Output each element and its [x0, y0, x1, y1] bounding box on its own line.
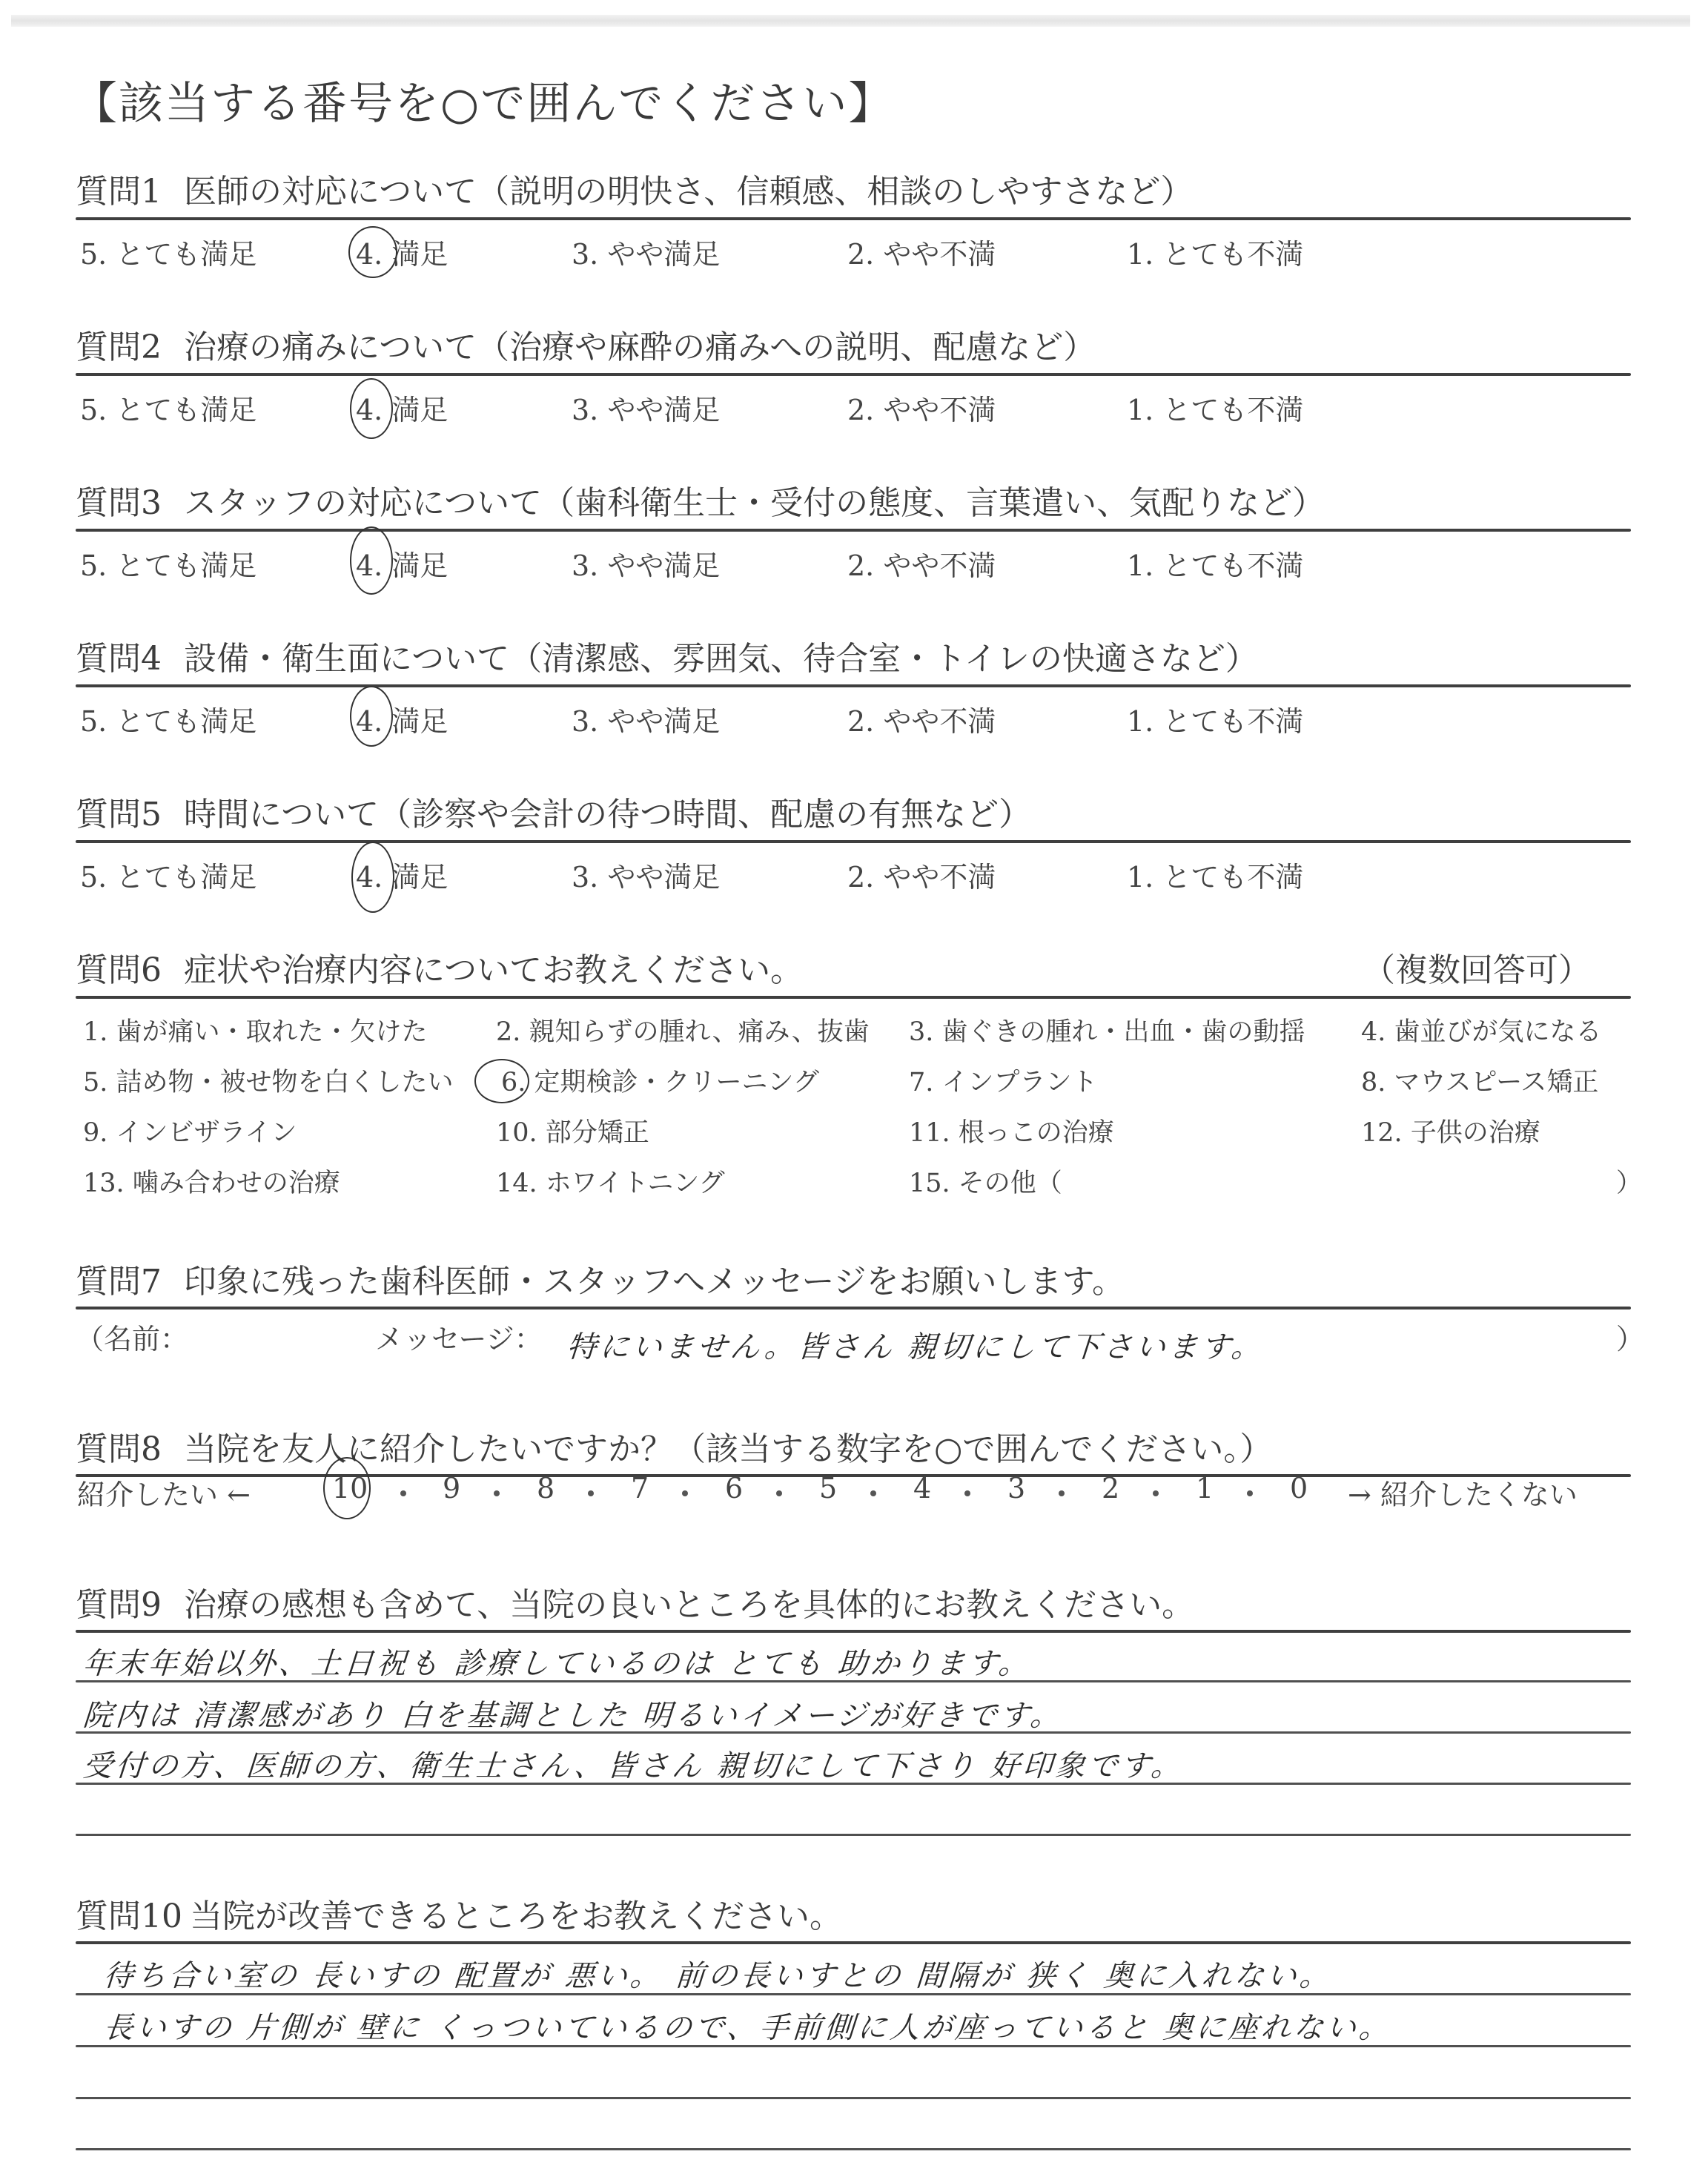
- divider: [76, 996, 1631, 999]
- page-title: 【該当する番号を○で囲んでください】: [73, 68, 894, 132]
- question-9-text: 治療の感想も含めて、当院の良いところを具体的にお教えください。: [184, 1586, 1194, 1624]
- divider: [76, 1941, 1631, 1944]
- q4-option-2[interactable]: 2. やや不満: [847, 698, 996, 739]
- separator-dot: [588, 1485, 594, 1499]
- divider: [76, 684, 1631, 687]
- question-6-title: 質問6症状や治療内容についてお教えください。: [76, 943, 803, 991]
- q3-option-1[interactable]: 1. とても不満: [1127, 543, 1303, 584]
- separator-dot: [964, 1485, 970, 1499]
- divider: [76, 840, 1631, 843]
- separator-dot: [1247, 1485, 1253, 1499]
- q5-option-2[interactable]: 2. やや不満: [847, 854, 996, 895]
- q4-selected-circle-mark: [350, 686, 393, 747]
- q8-score-4[interactable]: 4: [913, 1472, 931, 1505]
- q6-option-9[interactable]: 9. インビザライン: [83, 1112, 297, 1149]
- divider: [76, 529, 1631, 532]
- q1-option-3[interactable]: 3. やや満足: [572, 231, 720, 272]
- question-5-label: 質問5: [76, 796, 162, 833]
- q6-option-11[interactable]: 11. 根っこの治療: [909, 1112, 1114, 1149]
- q6-option-13[interactable]: 13. 噛み合わせの治療: [83, 1163, 340, 1200]
- question-4-text: 設備・衛生面について（清潔感、雰囲気、待合室・トイレの快適さなど）: [184, 640, 1258, 678]
- q4-option-5[interactable]: 5. とても満足: [80, 698, 256, 739]
- divider: [76, 373, 1631, 376]
- q8-score-9[interactable]: 9: [443, 1472, 460, 1505]
- writing-line: [76, 2148, 1631, 2150]
- question-6-note: （複数回答可）: [1363, 943, 1591, 991]
- q9-answer-line-2[interactable]: 院内は 清潔感があり 白を基調とした 明るいイメージが好きです。: [82, 1692, 1065, 1734]
- writing-line: [76, 1783, 1631, 1785]
- question-10-label: 質問10: [76, 1898, 182, 1935]
- q6-option-1[interactable]: 1. 歯が痛い・取れた・欠けた: [83, 1011, 428, 1048]
- q8-selected-circle-mark: [323, 1457, 371, 1519]
- q2-option-1[interactable]: 1. とても不満: [1127, 387, 1303, 428]
- separator-dot: [870, 1485, 876, 1499]
- question-4-label: 質問4: [76, 640, 162, 678]
- question-2-text: 治療の痛みについて（治療や麻酔の痛みへの説明、配慮など）: [184, 328, 1096, 366]
- q3-option-3[interactable]: 3. やや満足: [572, 543, 720, 584]
- q7-message-label: メッセージ：: [375, 1316, 543, 1357]
- divider: [76, 1630, 1631, 1633]
- q6-option-4[interactable]: 4. 歯並びが気になる: [1361, 1011, 1602, 1048]
- question-4-title: 質問4設備・衛生面について（清潔感、雰囲気、待合室・トイレの快適さなど）: [76, 632, 1258, 679]
- question-5-text: 時間について（診察や会計の待つ時間、配慮の有無など）: [184, 796, 1031, 833]
- q6-option-14[interactable]: 14. ホワイトニング: [496, 1163, 725, 1200]
- divider: [76, 217, 1631, 220]
- q3-option-2[interactable]: 2. やや不満: [847, 543, 996, 584]
- question-6-label: 質問6: [76, 951, 162, 989]
- question-1-text: 医師の対応について（説明の明快さ、信頼感、相談のしやすさなど）: [184, 173, 1193, 211]
- q5-option-3[interactable]: 3. やや満足: [572, 854, 720, 895]
- q3-option-5[interactable]: 5. とても満足: [80, 543, 256, 584]
- separator-dot: [682, 1485, 688, 1499]
- question-10-text: 当院が改善できるところをお教えください。: [190, 1898, 842, 1935]
- q2-option-5[interactable]: 5. とても満足: [80, 387, 256, 428]
- q4-option-1[interactable]: 1. とても不満: [1127, 698, 1303, 739]
- q2-selected-circle-mark: [350, 378, 393, 439]
- q6-option-6[interactable]: 6. 定期検診・クリーニング: [501, 1062, 819, 1099]
- q2-option-3[interactable]: 3. やや満足: [572, 387, 720, 428]
- separator-dot: [494, 1485, 500, 1499]
- q1-selected-circle-mark: [348, 226, 397, 278]
- question-5-title: 質問5時間について（診察や会計の待つ時間、配慮の有無など）: [76, 787, 1031, 835]
- writing-line: [76, 2045, 1631, 2047]
- writing-line: [76, 1731, 1631, 1734]
- question-7-label: 質問7: [76, 1263, 162, 1301]
- q6-option-10[interactable]: 10. 部分矯正: [496, 1112, 649, 1149]
- question-2-label: 質問2: [76, 328, 162, 366]
- q6-other-close-paren: ）: [1616, 1163, 1642, 1200]
- separator-dot: [400, 1485, 406, 1499]
- question-7-text: 印象に残った歯科医師・スタッフへメッセージをお願いします。: [184, 1263, 1125, 1301]
- q6-option-15-other[interactable]: 15. その他（: [909, 1163, 1062, 1200]
- q7-close-paren: ）: [1616, 1316, 1644, 1357]
- writing-line: [76, 2097, 1631, 2099]
- q3-selected-circle-mark: [350, 526, 393, 595]
- q6-option-7[interactable]: 7. インプラント: [909, 1062, 1098, 1099]
- q1-option-2[interactable]: 2. やや不満: [847, 231, 996, 272]
- q10-answer-line-1[interactable]: 待ち合い室の 長いすの 配置が 悪い。 前の長いすとの 間隔が 狭く 奥に入れな…: [102, 1952, 1334, 1995]
- question-7-title: 質問7印象に残った歯科医師・スタッフへメッセージをお願いします。: [76, 1255, 1125, 1302]
- scan-edge-strip: [11, 15, 1690, 27]
- q8-score-2[interactable]: 2: [1102, 1472, 1119, 1505]
- question-6-text: 症状や治療内容についてお教えください。: [184, 951, 803, 989]
- q6-option-8[interactable]: 8. マウスピース矯正: [1361, 1062, 1598, 1099]
- question-9-label: 質問9: [76, 1586, 162, 1624]
- question-10-title: 質問10当院が改善できるところをお教えください。: [76, 1889, 842, 1937]
- separator-dot: [1153, 1485, 1159, 1499]
- writing-line: [76, 1680, 1631, 1682]
- q8-score-3[interactable]: 3: [1007, 1472, 1025, 1505]
- q2-option-2[interactable]: 2. やや不満: [847, 387, 996, 428]
- question-9-title: 質問9治療の感想も含めて、当院の良いところを具体的にお教えください。: [76, 1578, 1194, 1625]
- q9-answer-line-1[interactable]: 年末年始以外、土日祝も 診療しているのは とても 助かります。: [82, 1640, 1033, 1682]
- separator-dot: [1059, 1485, 1065, 1499]
- q8-score-6[interactable]: 6: [725, 1472, 743, 1505]
- q5-selected-circle-mark: [351, 842, 394, 913]
- q8-score-8[interactable]: 8: [537, 1472, 555, 1505]
- question-2-title: 質問2治療の痛みについて（治療や麻酔の痛みへの説明、配慮など）: [76, 320, 1096, 368]
- q8-left-label: 紹介したい ←: [77, 1472, 251, 1513]
- question-3-label: 質問3: [76, 484, 162, 522]
- q5-option-1[interactable]: 1. とても不満: [1127, 854, 1303, 895]
- q8-score-5[interactable]: 5: [819, 1472, 837, 1505]
- q7-name-label: （名前：: [76, 1316, 188, 1357]
- question-8-title: 質問8当院を友人に紹介したいですか？（該当する数字を○で囲んでください。）: [76, 1422, 1272, 1470]
- question-1-title: 質問1医師の対応について（説明の明快さ、信頼感、相談のしやすさなど）: [76, 165, 1193, 212]
- question-8-label: 質問8: [76, 1430, 162, 1468]
- q9-answer-line-3[interactable]: 受付の方、医師の方、衛生士さん、皆さん 親切にして下さり 好印象です。: [82, 1743, 1185, 1785]
- q4-option-3[interactable]: 3. やや満足: [572, 698, 720, 739]
- q8-score-0[interactable]: 0: [1290, 1472, 1308, 1505]
- q8-right-label: → 紹介したくない: [1348, 1472, 1578, 1513]
- q1-option-1[interactable]: 1. とても不満: [1127, 231, 1303, 272]
- q8-score-1[interactable]: 1: [1196, 1472, 1214, 1505]
- q6-option-5[interactable]: 5. 詰め物・被せ物を白くしたい: [83, 1062, 454, 1099]
- q10-answer-line-2[interactable]: 長いすの 片側が 壁に くっついているので、手前側に人が座っていると 奥に座れな…: [102, 2004, 1393, 2047]
- writing-line: [76, 1834, 1631, 1836]
- q6-selected-circle-mark: [474, 1059, 529, 1103]
- question-3-text: スタッフの対応について（歯科衛生士・受付の態度、言葉遣い、気配りなど）: [184, 484, 1325, 522]
- writing-line: [76, 1993, 1631, 1995]
- divider: [76, 1307, 1631, 1309]
- question-1-label: 質問1: [76, 173, 162, 211]
- question-3-title: 質問3スタッフの対応について（歯科衛生士・受付の態度、言葉遣い、気配りなど）: [76, 476, 1325, 524]
- q1-option-5[interactable]: 5. とても満足: [80, 231, 256, 272]
- q6-option-12[interactable]: 12. 子供の治療: [1361, 1112, 1540, 1149]
- q7-message-field[interactable]: 特にいません。皆さん 親切にして下さいます。: [566, 1324, 1265, 1366]
- q6-option-2[interactable]: 2. 親知らずの腫れ、痛み、抜歯: [496, 1011, 870, 1048]
- q5-option-5[interactable]: 5. とても満足: [80, 854, 256, 895]
- q8-score-7[interactable]: 7: [631, 1472, 649, 1505]
- q6-option-3[interactable]: 3. 歯ぐきの腫れ・出血・歯の動揺: [909, 1011, 1305, 1048]
- separator-dot: [776, 1485, 782, 1499]
